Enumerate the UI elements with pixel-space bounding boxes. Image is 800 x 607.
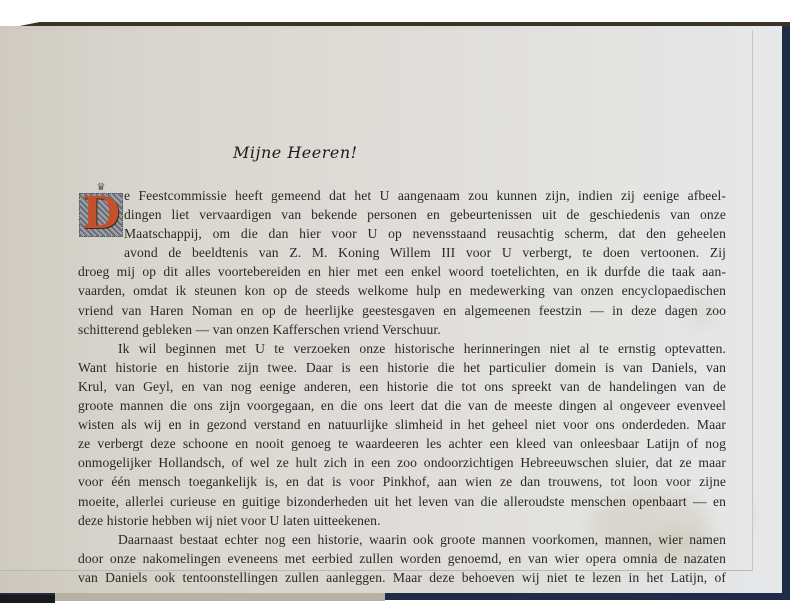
text-line: deze historie hebben wij niet voor U lat… bbox=[78, 511, 726, 530]
text-line: vaarden, omdat ik steunen kon op de stee… bbox=[78, 281, 726, 300]
salutation-heading: Mijne Heeren! bbox=[233, 143, 358, 162]
text-line: Ik wil beginnen met U te verzoeken onze … bbox=[78, 339, 726, 358]
paragraph-2: Ik wil beginnen met U te verzoeken onze … bbox=[78, 339, 726, 530]
text-line: ze verbergt deze schoone en nooit genoeg… bbox=[78, 434, 726, 453]
body-text: e Feestcommissie heeft gemeend dat het U… bbox=[78, 186, 726, 587]
text-line: moeite, allerlei curieuse en guitige biz… bbox=[78, 492, 726, 511]
text-line: avond de beeldtenis van Z. M. Koning Wil… bbox=[78, 243, 726, 262]
text-line: door onze nakomelingen eveneens met eerb… bbox=[78, 549, 726, 568]
text-line: Want historie en historie zijn twee. Daa… bbox=[78, 358, 726, 377]
text-line: wisten als wij en in gezond verstand en … bbox=[78, 415, 726, 434]
text-line: voor één mensch toegankelijk is, en dat … bbox=[78, 472, 726, 491]
text-line: Daarnaast bestaat echter nog een histori… bbox=[78, 530, 726, 549]
text-line: groote mannen die ons zijn voorgegaan, e… bbox=[78, 396, 726, 415]
paragraph-1: e Feestcommissie heeft gemeend dat het U… bbox=[78, 186, 726, 339]
book-spine-strip bbox=[0, 595, 55, 603]
text-line: van Daniels ook tentoonstellingen zullen… bbox=[78, 568, 726, 587]
book-cover-edge bbox=[55, 593, 385, 601]
text-line: Krul, van Geyl, en van nog eenige andere… bbox=[78, 377, 726, 396]
text-line: Maatschappij, om die dan hier voor U op … bbox=[78, 224, 726, 243]
text-line: droeg mij op dit alles voortebereiden en… bbox=[78, 262, 726, 281]
text-line: vriend van Haren Noman en op de heerlijk… bbox=[78, 301, 726, 320]
text-line: schitterend gebleken — van onzen Kaffers… bbox=[78, 320, 726, 339]
text-line: e Feestcommissie heeft gemeend dat het U… bbox=[78, 186, 726, 205]
paragraph-3: Daarnaast bestaat echter nog een histori… bbox=[78, 530, 726, 587]
text-line: dingen liet vervaardigen van bekende per… bbox=[78, 205, 726, 224]
text-line: onmogelijker Hollandsch, of wel ze hult … bbox=[78, 453, 726, 472]
